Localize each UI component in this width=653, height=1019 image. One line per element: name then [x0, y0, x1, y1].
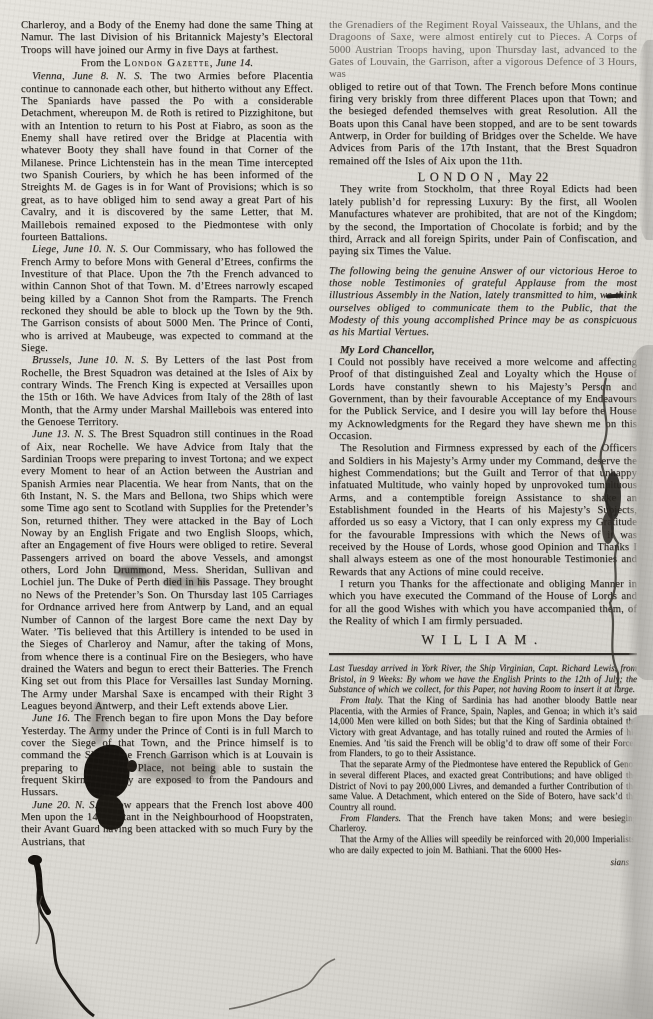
text-segment: LONDON,: [418, 170, 505, 184]
text-segment: My Lord Chancellor,: [340, 345, 435, 356]
text-segment: That the separate Army of the Piedmontes…: [329, 759, 637, 812]
continued-paragraph-grenadiers-faded: the Grenadiers of the Regiment Royal Vai…: [329, 20, 637, 82]
continued-paragraph-charleroy: Charleroy, and a Body of the Enemy had d…: [21, 20, 313, 57]
text-segment: Last Tuesday arrived in York River, the …: [329, 663, 637, 694]
summary-paragraph-from-italy: From Italy. That the King of Sardinia ha…: [329, 695, 637, 759]
gazette-section-header: From the London Gazette, June 14.: [21, 58, 313, 70]
right-column: the Grenadiers of the Regiment Royal Vai…: [329, 20, 637, 867]
text-segment: sians: [611, 857, 630, 867]
news-paragraph-vienna: Vienna, June 8. N. S. The two Armies bef…: [21, 71, 313, 244]
letter-paragraph-3: I return you Thanks for the affectionate…: [329, 579, 637, 628]
summary-paragraph-allies: That the Army of the Allies will speedil…: [329, 834, 637, 855]
text-segment: obliged to retire out of that Town. The …: [329, 82, 637, 167]
london-section-header: LONDON, May 22: [329, 171, 637, 183]
letter-signature-william: WILLIAM.: [329, 634, 637, 646]
text-segment: The following being the genuine Answer o…: [329, 266, 637, 339]
text-segment: Vienna, June 8. N. S.: [32, 71, 150, 82]
text-segment: Liege, June 10. N. S.: [32, 244, 133, 255]
text-segment: June 16.: [32, 713, 74, 724]
text-segment: I return you Thanks for the affectionate…: [329, 579, 637, 627]
news-paragraph-brussels: Brussels, June 10. N. S. By Letters of t…: [21, 355, 313, 429]
continued-paragraph-grenadiers: obliged to retire out of that Town. The …: [329, 82, 637, 168]
letter-paragraph-1: I Could not possibly have received a mor…: [329, 357, 637, 443]
text-segment: the Grenadiers of the Regiment Royal Vai…: [329, 20, 637, 80]
text-segment: May 22: [505, 170, 548, 184]
catchword: sians: [329, 857, 637, 868]
text-segment: That the Army of the Allies will speedil…: [329, 834, 637, 855]
text-segment: The French began to fire upon Mons the D…: [21, 713, 313, 798]
news-paragraph-stockholm: They write from Stockholm, that three Ro…: [329, 184, 637, 258]
editorial-announcement: The following being the genuine Answer o…: [329, 266, 637, 340]
text-segment: WILLIAM.: [421, 632, 544, 647]
section-divider-rule: [329, 653, 637, 655]
text-segment: Our Commissary, who has followed the Fre…: [21, 244, 313, 354]
text-segment: June 13. N. S.: [32, 429, 100, 440]
letter-paragraph-2: The Resolution and Firmness expressed by…: [329, 443, 637, 579]
left-column: Charleroy, and a Body of the Enemy had d…: [21, 20, 313, 849]
summary-paragraph-from-flanders: From Flanders. That the French have take…: [329, 813, 637, 834]
text-segment: June 20. N. S.: [32, 800, 102, 811]
news-paragraph-june20: June 20. N. S. It now appears that the F…: [21, 800, 313, 849]
text-segment: From Flanders.: [340, 813, 408, 823]
letter-salutation: My Lord Chancellor,: [329, 345, 637, 357]
text-segment: They write from Stockholm, that three Ro…: [329, 184, 637, 257]
news-paragraph-june13: June 13. N. S. The Brest Squadron still …: [21, 429, 313, 713]
text-segment: London Gazette: [124, 58, 210, 69]
text-segment: I Could not possibly have received a mor…: [329, 357, 637, 442]
news-paragraph-june16: June 16. The French began to fire upon M…: [21, 713, 313, 799]
text-segment: From the: [81, 58, 124, 69]
text-segment: The Brest Squadron still continues in th…: [21, 429, 313, 712]
text-segment: The Resolution and Firmness expressed by…: [329, 443, 637, 577]
shipping-arrival-note: Last Tuesday arrived in York River, the …: [329, 663, 637, 695]
text-segment: From Italy.: [340, 695, 388, 705]
text-segment: Charleroy, and a Body of the Enemy had d…: [21, 20, 313, 56]
text-segment: The two Armies before Placentia continue…: [21, 71, 313, 242]
text-segment: June 14.: [216, 58, 253, 69]
summary-paragraph-piedmontese: That the separate Army of the Piedmontes…: [329, 759, 637, 813]
news-paragraph-liege: Liege, June 10. N. S. Our Commissary, wh…: [21, 244, 313, 355]
text-segment: Brussels, June 10. N. S.: [32, 355, 155, 366]
